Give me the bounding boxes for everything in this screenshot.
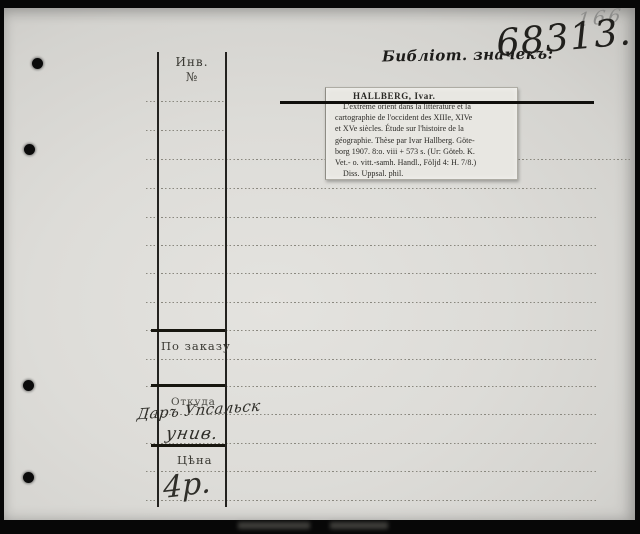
section-separator xyxy=(151,329,225,332)
ruled-line xyxy=(146,471,597,472)
origin-handwriting-line2: унив. xyxy=(164,424,220,444)
slip-text-line: géographie. Thèse par Ivar Hallberg. Göt… xyxy=(335,135,512,146)
inventory-label-line1: Инв. xyxy=(158,55,226,70)
by-order-label: По заказу xyxy=(161,339,231,353)
heading-underline xyxy=(280,101,594,104)
punch-hole-icon xyxy=(23,472,34,483)
slip-text-line: et XVe siècles. Étude sur l'histoire de … xyxy=(335,123,512,134)
inventory-label-line2: № xyxy=(158,70,226,85)
section-separator xyxy=(151,444,225,447)
column-left-line xyxy=(157,52,159,507)
slip-text-line: borg 1907. 8:o. viii + 573 s. (Ur: Göteb… xyxy=(335,146,512,157)
ruled-line xyxy=(146,217,597,218)
price-handwritten-value: 4р. xyxy=(163,465,211,506)
punch-hole-icon xyxy=(23,380,34,391)
ruled-line xyxy=(146,245,597,246)
slip-author-heading: HALLBERG, Ivar. xyxy=(335,91,512,101)
punch-hole-icon xyxy=(32,58,43,69)
slip-text-line: cartographie de l'occident des XIIIe, XI… xyxy=(335,112,512,123)
ruled-line xyxy=(146,188,597,189)
ruled-line xyxy=(146,302,597,303)
scan-smudge xyxy=(330,522,388,529)
slip-text-line: Diss. Uppsal. phil. xyxy=(335,168,512,179)
ruled-line xyxy=(146,500,597,501)
scan-smudge xyxy=(238,522,310,529)
column-right-line xyxy=(225,52,227,507)
slip-text-line: Vet.- o. vitt.-samh. Handl., Följd 4: H.… xyxy=(335,157,512,168)
ruled-line xyxy=(146,273,597,274)
inventory-label: Инв. № xyxy=(158,55,226,85)
section-separator xyxy=(151,384,225,387)
punch-hole-icon xyxy=(24,144,35,155)
scanned-catalog-card: HALLBERG, Ivar. L'extrême orient dans la… xyxy=(0,0,640,534)
ruled-line xyxy=(146,359,597,360)
